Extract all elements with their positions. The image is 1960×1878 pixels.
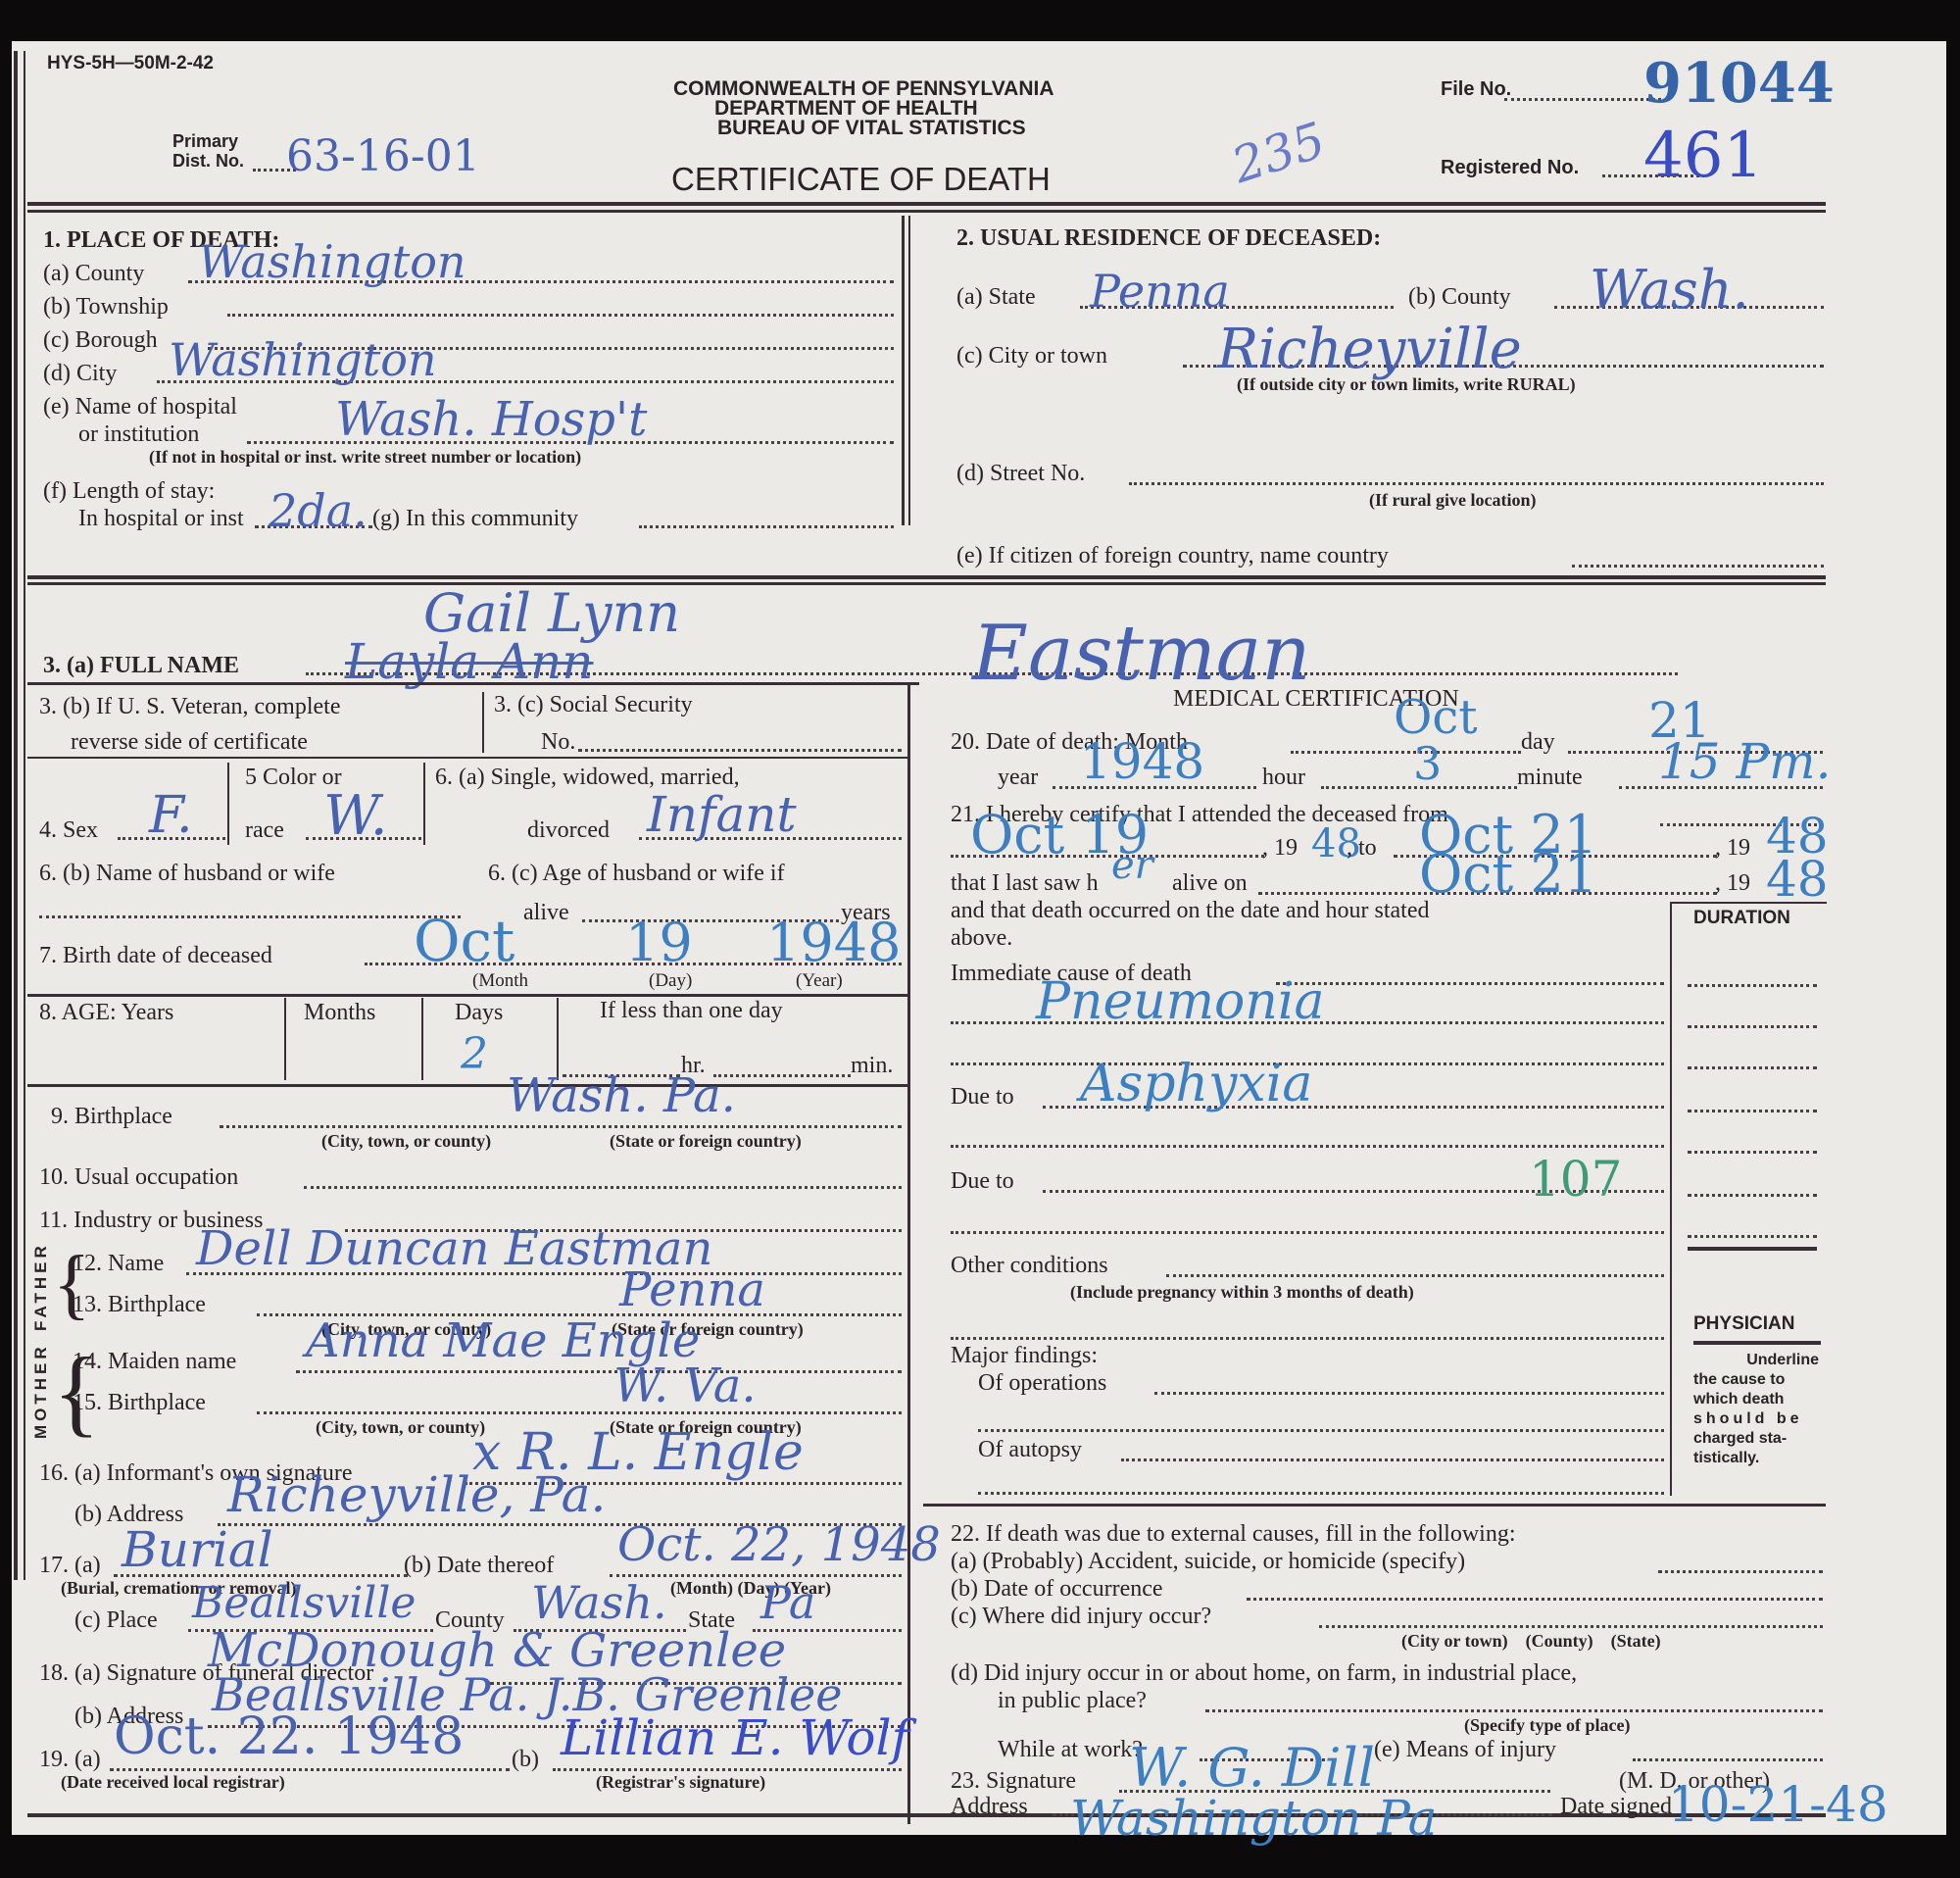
birth-rule (27, 994, 909, 997)
pod-stay-hosp-value: 2da. (269, 484, 367, 537)
disposition-place-value: Beallsville (192, 1578, 416, 1628)
due-to-2-dots-2[interactable] (951, 1231, 1664, 1234)
duration-dots-3[interactable] (1688, 1066, 1817, 1069)
file-no-value: 91044 (1643, 51, 1835, 116)
duration-top (1670, 902, 1827, 904)
mother-tag: MOTHER (31, 1341, 51, 1439)
last-saw-pronoun: er (1111, 843, 1153, 888)
last-saw-year: 48 (1766, 851, 1829, 908)
external-c-label: (c) Where did injury occur? (951, 1604, 1211, 1630)
other-conditions-label: Other conditions (951, 1253, 1108, 1279)
age-divider-1 (284, 998, 286, 1080)
father-birthplace-label: 13. Birthplace (73, 1292, 206, 1318)
death-day-label: day (1521, 729, 1555, 756)
attend-to-label: , to (1347, 835, 1377, 862)
birth-month-note: (Month (472, 970, 528, 992)
disposition-place-label: (c) Place (74, 1607, 158, 1634)
primary-dist-label: Primary Dist. No. (172, 131, 244, 171)
physician-underline (1693, 1341, 1821, 1345)
informant-address-value: Richeyville, Pa. (227, 1466, 606, 1523)
birth-day-note: (Day) (649, 970, 692, 992)
immediate-cause-dots-2[interactable] (951, 1021, 1664, 1024)
pod-township-label: (b) Township (43, 294, 169, 321)
father-tag: FATHER (31, 1253, 51, 1331)
physician-note-line: Underline (1693, 1351, 1819, 1370)
pod-hospital-label-1: (e) Name of hospital (43, 394, 237, 420)
means-dots[interactable] (1633, 1758, 1823, 1761)
age-rule (27, 1084, 909, 1087)
pod-community-dots[interactable] (639, 525, 894, 528)
disposition-label: 17. (a) (39, 1553, 101, 1579)
occupation-dots[interactable] (304, 1186, 902, 1189)
mother-name-label: 14. Maiden name (73, 1349, 236, 1375)
last-saw-date: Oct 21 (1419, 843, 1597, 905)
death-minute-label: minute (1517, 765, 1583, 791)
color-divider (423, 763, 425, 845)
res-city-note: (If outside city or town limits, write R… (1237, 374, 1576, 395)
external-a-dots[interactable] (1658, 1570, 1823, 1573)
physician-heading: PHYSICIAN (1693, 1313, 1794, 1335)
duration-bottom (1688, 1247, 1817, 1251)
name-rule (27, 682, 919, 685)
due-to-label: Due to (951, 1084, 1014, 1111)
age-days-value: 2 (461, 1029, 488, 1079)
color-label-2: race (245, 817, 284, 844)
father-name-label: 12. Name (73, 1251, 164, 1277)
cause-code-value: 107 (1529, 1151, 1622, 1208)
res-state-label: (a) State (956, 284, 1036, 311)
pod-county-label: (a) County (43, 261, 144, 287)
duration-dots-4[interactable] (1688, 1110, 1817, 1112)
spouse-age-label-1: 6. (c) Age of husband or wife if (488, 861, 785, 887)
race-value: W. (323, 784, 388, 848)
primary-dist-value: 63-16-01 (286, 131, 480, 181)
alive-on-label: alive on (1172, 870, 1248, 897)
birth-year-note: (Year) (796, 970, 843, 992)
external-b-label: (b) Date of occurrence (951, 1576, 1163, 1603)
death-hour-label: hour (1262, 765, 1305, 791)
sex-divider (227, 763, 229, 845)
duration-divider (1670, 902, 1672, 1496)
external-heading: 22. If death was due to external causes,… (951, 1521, 1516, 1548)
pod-community-label: (g) In this community (372, 506, 578, 532)
res-state-value: Penna (1090, 265, 1230, 318)
age-days-label: Days (455, 1000, 503, 1026)
physician-note: Underline the cause to which death shoul… (1693, 1351, 1819, 1468)
birthplace-label: 9. Birthplace (51, 1104, 172, 1130)
duration-dots-5[interactable] (1688, 1151, 1817, 1154)
physician-signature-label: 23. Signature (951, 1768, 1076, 1795)
external-b-dots[interactable] (1247, 1598, 1823, 1601)
section-rule-2 (27, 582, 1826, 585)
pod-county-value: Washington (198, 235, 466, 288)
page-title: CERTIFICATE OF DEATH (671, 161, 1051, 198)
death-hour-value: 3 (1413, 737, 1442, 790)
last-saw-year-prefix: , 19 (1715, 870, 1750, 897)
attend-from-year-prefix: , 19 (1262, 835, 1298, 862)
bottom-rule (27, 1813, 1826, 1817)
spouse-label: 6. (b) Name of husband or wife (39, 861, 335, 887)
duration-dots-7[interactable] (1688, 1235, 1817, 1238)
death-month-dots[interactable] (1291, 751, 1521, 754)
full-name-label: 3. (a) FULL NAME (43, 653, 239, 679)
birth-date-label: 7. Birth date of deceased (39, 943, 272, 969)
column-divider (907, 682, 910, 1824)
other-conditions-dots-2[interactable] (951, 1337, 1664, 1340)
marital-value: Infant (647, 786, 797, 843)
disposition-state-value: Pa (760, 1576, 815, 1629)
res-street-dots[interactable] (1129, 482, 1824, 485)
res-city-value: Richeyville (1217, 318, 1522, 381)
spouse-age-label-2: alive (523, 900, 569, 926)
res-city-label: (c) City or town (956, 343, 1107, 370)
pod-city-label: (d) City (43, 361, 117, 387)
registrar-date-value: Oct. 22. 1948 (114, 1707, 464, 1766)
external-c-note: (City or town) (County) (State) (1401, 1631, 1661, 1652)
due-to-value: Asphyxia (1080, 1055, 1312, 1113)
res-street-label: (d) Street No. (956, 461, 1085, 487)
registrar-signature-note: (Registrar's signature) (596, 1772, 765, 1793)
external-d-label-2: in public place? (998, 1688, 1147, 1714)
external-d-label-1: (d) Did injury occur in or about home, o… (951, 1660, 1577, 1687)
mother-birthplace-label: 15. Birthplace (73, 1390, 206, 1416)
pod-city-value: Washington (169, 333, 437, 386)
sex-label: 4. Sex (39, 817, 98, 844)
registrar-signature-value: Lillian E. Wolf (561, 1709, 909, 1766)
at-work-label: While at work? (998, 1737, 1143, 1763)
veteran-label-1: 3. (b) If U. S. Veteran, complete (39, 694, 340, 720)
mother-name-dots[interactable] (296, 1370, 902, 1373)
age-divider-2 (421, 998, 423, 1080)
header-rule (27, 202, 1826, 206)
occurred-label-2: above. (951, 925, 1012, 952)
full-name-surname: Eastman (972, 610, 1311, 698)
pod-stay-hosp-label: In hospital or inst (78, 506, 244, 532)
veteran-rule (27, 757, 909, 759)
ssn-dots[interactable] (578, 749, 902, 752)
attend-to-year-prefix: , 19 (1715, 835, 1750, 862)
birthplace-city-note: (City, town, or county) (321, 1131, 491, 1152)
other-conditions-note: (Include pregnancy within 3 months of de… (1070, 1282, 1414, 1303)
occurred-label-1: and that death occurred on the date and … (951, 898, 1429, 924)
pod-hospital-note: (If not in hospital or inst. write stree… (149, 447, 581, 468)
physician-note-line: charged sta- (1693, 1429, 1819, 1449)
section-rule (27, 575, 1826, 579)
registered-no-label: Registered No. (1441, 157, 1579, 179)
physician-note-line: should be (1693, 1409, 1819, 1429)
header-rule-2 (27, 210, 1826, 213)
res-foreign-label: (e) If citizen of foreign country, name … (956, 543, 1389, 569)
external-d-note: (Specify type of place) (1464, 1715, 1630, 1736)
registrar-date-label: 19. (a) (39, 1747, 101, 1773)
pod-hospital-value: Wash. Hosp't (335, 392, 647, 447)
physician-note-line: which death (1693, 1390, 1819, 1409)
physician-note-line: the cause to (1693, 1370, 1819, 1390)
ssn-label-1: 3. (c) Social Security (494, 692, 693, 718)
disposition-date-value: Oct. 22, 1948 (617, 1517, 941, 1572)
primary-label-line2: Dist. No. (172, 151, 244, 171)
last-saw-label: that I last saw h (951, 870, 1099, 897)
min-label: min. (851, 1053, 893, 1079)
res-county-label: (b) County (1408, 284, 1511, 311)
operations-dots-2[interactable] (978, 1429, 1664, 1432)
physician-address-label: Address (951, 1794, 1028, 1820)
pod-hospital-label-2: or institution (78, 421, 199, 448)
form-code: HYS-5H—50M-2-42 (47, 53, 214, 74)
left-border (14, 51, 18, 1580)
mother-birthplace-value: W. Va. (613, 1359, 757, 1413)
father-birthplace-value: Penna (619, 1262, 765, 1317)
occupation-label: 10. Usual occupation (39, 1164, 238, 1191)
residence-heading: 2. USUAL RESIDENCE OF DECEASED: (956, 225, 1381, 252)
means-label: (e) Means of injury (1374, 1737, 1556, 1763)
res-street-note: (If rural give location) (1369, 490, 1536, 511)
pod-borough-label: (c) Borough (43, 327, 158, 354)
death-certificate: HYS-5H—50M-2-42 COMMONWEALTH OF PENNSYLV… (12, 41, 1946, 1835)
mother-birthplace-dots[interactable] (257, 1411, 902, 1414)
death-minute-value: 15 Pm. (1658, 733, 1831, 790)
disposition-value: Burial (122, 1521, 273, 1578)
immediate-cause-dots[interactable] (1276, 982, 1664, 985)
medical-rule (923, 1504, 1826, 1507)
due-to-2-label: Due to (951, 1168, 1014, 1195)
birthplace-dots[interactable] (220, 1125, 902, 1128)
birthplace-value: Wash. Pa. (507, 1068, 736, 1123)
section-divider-2 (908, 216, 910, 525)
duration-label: DURATION (1693, 908, 1790, 929)
operations-dots[interactable] (1154, 1392, 1664, 1395)
date-signed-label: Date signed (1560, 1794, 1672, 1820)
physician-address-value: Washington Pa (1070, 1790, 1437, 1847)
physician-note-line: tistically. (1693, 1449, 1819, 1468)
external-c-dots[interactable] (1319, 1625, 1823, 1628)
veteran-label-2: reverse side of certificate (71, 729, 308, 756)
spouse-dots[interactable] (39, 915, 461, 918)
age-months-label: Months (304, 1000, 375, 1026)
disposition-date-label: (b) Date thereof (404, 1553, 554, 1579)
registrar-signature-label: (b) (512, 1747, 539, 1773)
res-foreign-dots[interactable] (1572, 565, 1824, 568)
res-county-value: Wash. (1590, 259, 1749, 321)
pod-stay-label: (f) Length of stay: (43, 478, 215, 505)
operations-label: Of operations (978, 1370, 1106, 1397)
autopsy-dots-2[interactable] (978, 1492, 1664, 1495)
other-conditions-dots[interactable] (1166, 1274, 1664, 1277)
registrar-date-dots[interactable] (110, 1768, 510, 1771)
birthplace-state-note: (State or foreign country) (610, 1131, 802, 1152)
date-signed-value: 10-21-48 (1668, 1776, 1888, 1833)
external-a-label: (a) (Probably) Accident, suicide, or hom… (951, 1549, 1465, 1575)
primary-label-line1: Primary (172, 131, 244, 151)
file-no-label: File No. (1441, 78, 1511, 101)
section-divider (902, 216, 905, 525)
major-findings-label: Major findings: (951, 1343, 1098, 1369)
registered-no-value: 461 (1643, 120, 1763, 192)
veteran-divider (482, 692, 484, 753)
disposition-county-value: Wash. (531, 1576, 667, 1629)
autopsy-label: Of autopsy (978, 1437, 1082, 1463)
duration-dots-1[interactable] (1688, 984, 1817, 987)
registrar-signature-dots[interactable] (553, 1768, 902, 1771)
death-year-value: 1948 (1080, 733, 1204, 790)
marital-label-2: divorced (527, 817, 610, 844)
birth-month-value: Oct (414, 908, 514, 974)
birth-year-value: 1948 (766, 912, 901, 973)
mother-city-note: (City, town, or county) (316, 1417, 485, 1438)
pod-township-dots[interactable] (227, 314, 894, 317)
birth-day-value: 19 (625, 912, 693, 973)
ssn-label-2: No. (541, 729, 575, 756)
duration-dots-6[interactable] (1688, 1194, 1817, 1197)
external-d-dots[interactable] (1205, 1709, 1823, 1712)
less-day-label: If less than one day (600, 998, 783, 1024)
duration-dots-2[interactable] (1688, 1025, 1817, 1028)
sex-value: F. (149, 786, 193, 845)
death-year-label: year (998, 765, 1038, 791)
file-no-dots (1504, 98, 1661, 101)
due-to-dots-2[interactable] (951, 1145, 1664, 1148)
left-border-inner (24, 51, 25, 1580)
autopsy-dots[interactable] (1121, 1458, 1664, 1461)
age-years-label: 8. AGE: Years (39, 1000, 173, 1026)
registrar-date-note: (Date received local registrar) (61, 1772, 285, 1793)
agency-line-3: BUREAU OF VITAL STATISTICS (717, 117, 1026, 140)
margin-note: 235 (1225, 112, 1332, 195)
